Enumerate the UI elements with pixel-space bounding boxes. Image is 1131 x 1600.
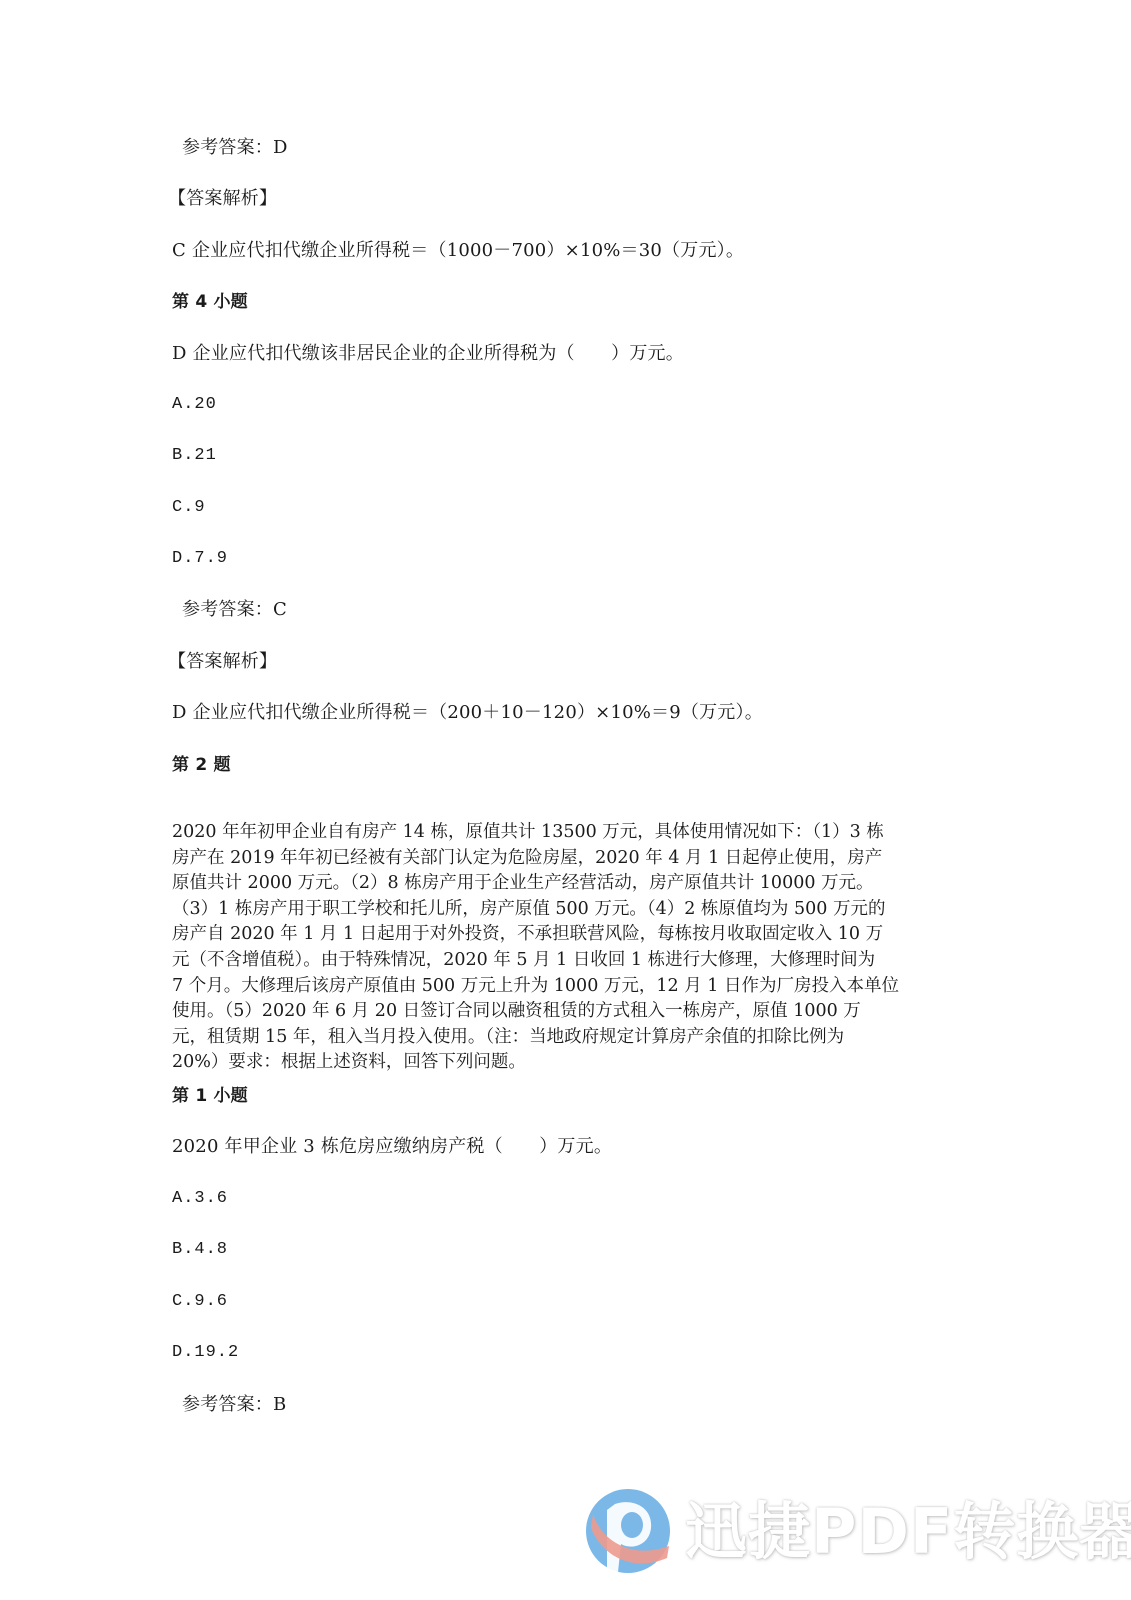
- analysis-heading: 【答案解析】: [168, 186, 277, 212]
- scenario-line: 使用。（5）2020 年 6 月 20 日签订合同以融资租赁的方式租入一栋房产，…: [172, 999, 962, 1025]
- analysis-text: D 企业应代扣代缴企业所得税＝（200＋10－120）×10%＝9（万元）。: [172, 700, 763, 726]
- scenario-line: （3）1 栋房产用于职工学校和托儿所，房产原值 500 万元。（4）2 栋原值均…: [172, 897, 962, 923]
- scenario-line: 7 个月。大修理后该房产原值由 500 万元上升为 1000 万元，12 月 1…: [172, 974, 962, 1000]
- scenario-line: 2020 年年初甲企业自有房产 14 栋，原值共计 13500 万元，具体使用情…: [172, 820, 962, 846]
- scenario-line: 元（不含增值税）。由于特殊情况，2020 年 5 月 1 日收回 1 栋进行大修…: [172, 948, 962, 974]
- analysis-heading: 【答案解析】: [168, 649, 277, 675]
- analysis-text: C 企业应代扣代缴企业所得税＝（1000－700）×10%＝30（万元）。: [172, 238, 744, 264]
- option-b: B.4.8: [172, 1237, 228, 1263]
- scenario-line: 元，租赁期 15 年，租入当月投入使用。（注：当地政府规定计算房产余值的扣除比例…: [172, 1025, 962, 1051]
- subquestion-heading: 第 1 小题: [172, 1083, 248, 1109]
- scenario-line: 房产在 2019 年年初已经被有关部门认定为危险房屋，2020 年 4 月 1 …: [172, 846, 962, 872]
- option-a: A.20: [172, 392, 217, 418]
- option-a: A.3.6: [172, 1186, 228, 1212]
- option-c: C.9: [172, 495, 206, 521]
- option-d: D.7.9: [172, 546, 228, 572]
- scenario-line: 原值共计 2000 万元。（2）8 栋房产用于企业生产经营活动，房产原值共计 1…: [172, 871, 962, 897]
- scenario-line: 房产自 2020 年 1 月 1 日起用于对外投资，不承担联营风险，每栋按月收取…: [172, 922, 962, 948]
- answer-reference: 参考答案：D: [182, 135, 288, 161]
- watermark: 迅捷PDF转换器: [585, 1488, 1105, 1578]
- scenario-line: 20%）要求：根据上述资料，回答下列问题。: [172, 1050, 962, 1076]
- answer-reference: 参考答案：B: [182, 1392, 286, 1418]
- question-text: 2020 年甲企业 3 栋危房应缴纳房产税（ ）万元。: [172, 1134, 612, 1160]
- xunjie-pdf-logo-icon: [585, 1488, 671, 1574]
- answer-reference: 参考答案：C: [182, 597, 287, 623]
- option-d: D.19.2: [172, 1340, 239, 1366]
- watermark-text: 迅捷PDF转换器: [685, 1492, 1131, 1572]
- option-c: C.9.6: [172, 1289, 228, 1315]
- scenario-paragraph: 2020 年年初甲企业自有房产 14 栋，原值共计 13500 万元，具体使用情…: [172, 820, 962, 1076]
- subquestion-heading: 第 4 小题: [172, 289, 248, 315]
- option-b: B.21: [172, 443, 217, 469]
- question-heading: 第 2 题: [172, 752, 231, 778]
- question-text: D 企业应代扣代缴该非居民企业的企业所得税为（ ）万元。: [172, 341, 684, 367]
